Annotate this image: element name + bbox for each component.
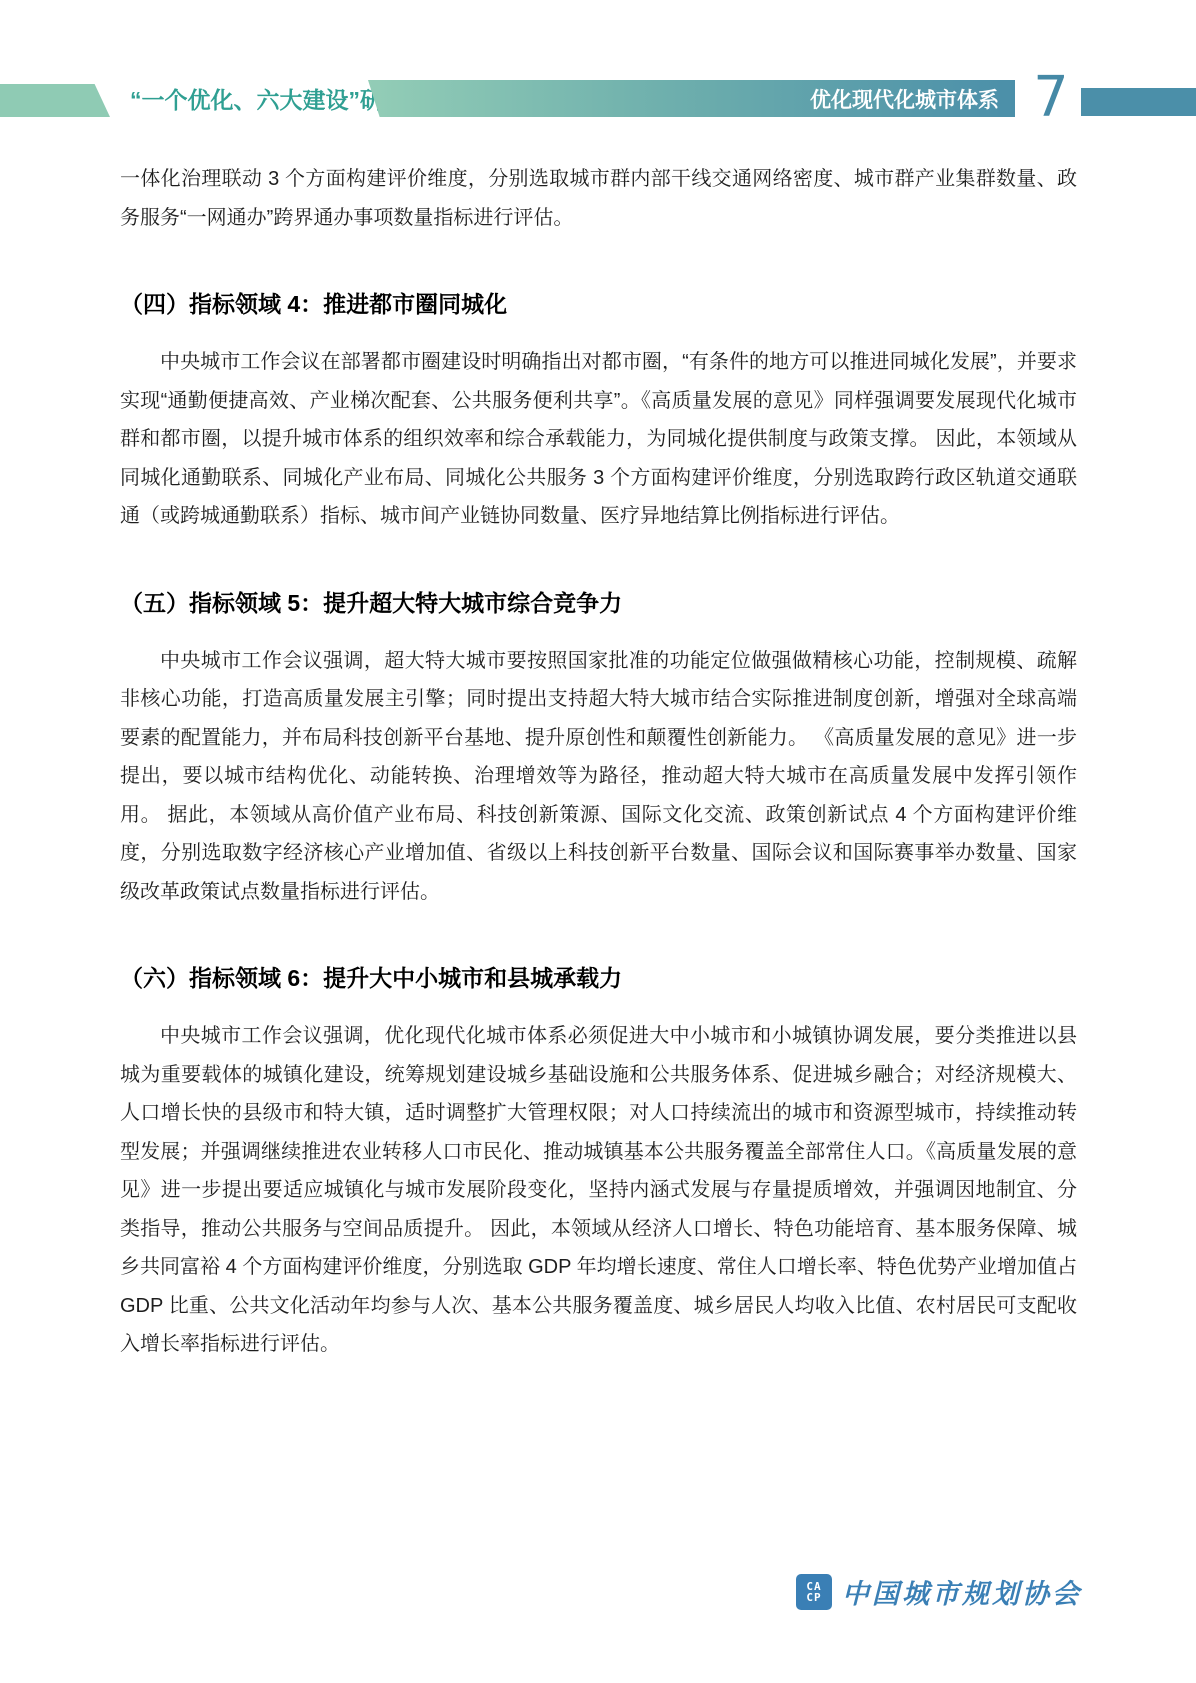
section-body-5: 中央城市工作会议强调，超大特大城市要按照国家批准的功能定位做强做精核心功能，控制…: [120, 642, 1077, 912]
header-right-accent-rect: [1081, 88, 1196, 116]
paragraph-continuation: 一体化治理联动 3 个方面构建评价维度，分别选取城市群内部干线交通网络密度、城市…: [120, 160, 1077, 237]
section-heading-6: （六）指标领域 6：提升大中小城市和县城承载力: [120, 963, 1077, 993]
document-body: 一体化治理联动 3 个方面构建评价维度，分别选取城市群内部干线交通网络密度、城市…: [120, 160, 1077, 1364]
page-footer: CA CP 中国城市规划协会: [796, 1572, 1082, 1611]
chapter-title: 优化现代化城市体系: [810, 84, 1015, 114]
header-gradient-band: 优化现代化城市体系: [368, 80, 1015, 117]
section-heading-4: （四）指标领域 4：推进都市圈同城化: [120, 289, 1077, 319]
page-header: “一个优化、六大建设”研究报告 优化现代化城市体系 7: [0, 0, 1196, 140]
logo-monogram-bottom: CP: [806, 1592, 821, 1603]
association-name: 中国城市规划协会: [842, 1572, 1082, 1611]
logo-monogram-top: CA: [806, 1581, 821, 1592]
report-page: “一个优化、六大建设”研究报告 优化现代化城市体系 7 一体化治理联动 3 个方…: [0, 0, 1196, 1683]
section-body-6: 中央城市工作会议强调，优化现代化城市体系必须促进大中小城市和小城镇协调发展，要分…: [120, 1017, 1077, 1364]
header-left-accent-shape: [0, 84, 110, 117]
section-heading-5: （五）指标领域 5：提升超大特大城市综合竞争力: [120, 588, 1077, 618]
page-number: 7: [1022, 70, 1080, 126]
section-body-4: 中央城市工作会议在部署都市圈建设时明确指出对都市圈，“有条件的地方可以推进同城化…: [120, 343, 1077, 536]
cacp-logo-icon: CA CP: [796, 1574, 832, 1610]
